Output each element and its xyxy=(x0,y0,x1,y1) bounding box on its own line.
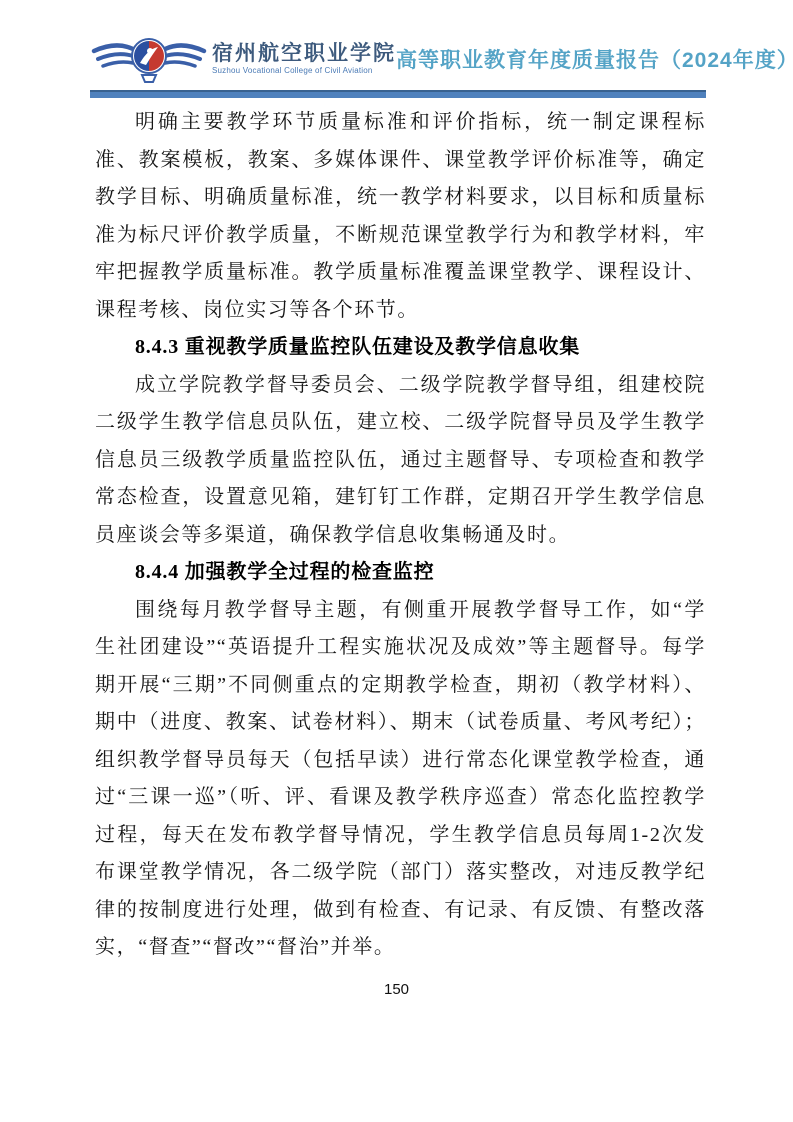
page-number: 150 xyxy=(0,981,793,998)
paragraph: 成立学院教学督导委员会、二级学院教学督导组，组建校院二级学生教学信息员队伍，建立… xyxy=(95,367,706,555)
document-body: 明确主要教学环节质量标准和评价指标，统一制定课程标准、教案模板，教案、多媒体课件… xyxy=(95,104,706,967)
paragraph: 明确主要教学环节质量标准和评价指标，统一制定课程标准、教案模板，教案、多媒体课件… xyxy=(95,104,706,329)
page-header: 宿州航空职业学院 Suzhou Vocational College of Ci… xyxy=(90,33,706,98)
college-name-en: Suzhou Vocational College of Civil Aviat… xyxy=(212,66,396,76)
section-heading-843: 8.4.3 重视教学质量监控队伍建设及教学信息收集 xyxy=(95,329,706,367)
section-heading-844: 8.4.4 加强教学全过程的检查监控 xyxy=(95,554,706,592)
college-name-cn: 宿州航空职业学院 xyxy=(212,42,396,66)
document-page: 宿州航空职业学院 Suzhou Vocational College of Ci… xyxy=(0,0,793,1122)
paragraph: 围绕每月教学督导主题，有侧重开展教学督导工作，如“学生社团建设”“英语提升工程实… xyxy=(95,592,706,967)
college-logo-icon xyxy=(90,31,208,87)
report-title: 高等职业教育年度质量报告（2024年度） xyxy=(396,44,793,74)
header-divider-bar xyxy=(90,90,706,98)
college-name-block: 宿州航空职业学院 Suzhou Vocational College of Ci… xyxy=(212,42,396,76)
